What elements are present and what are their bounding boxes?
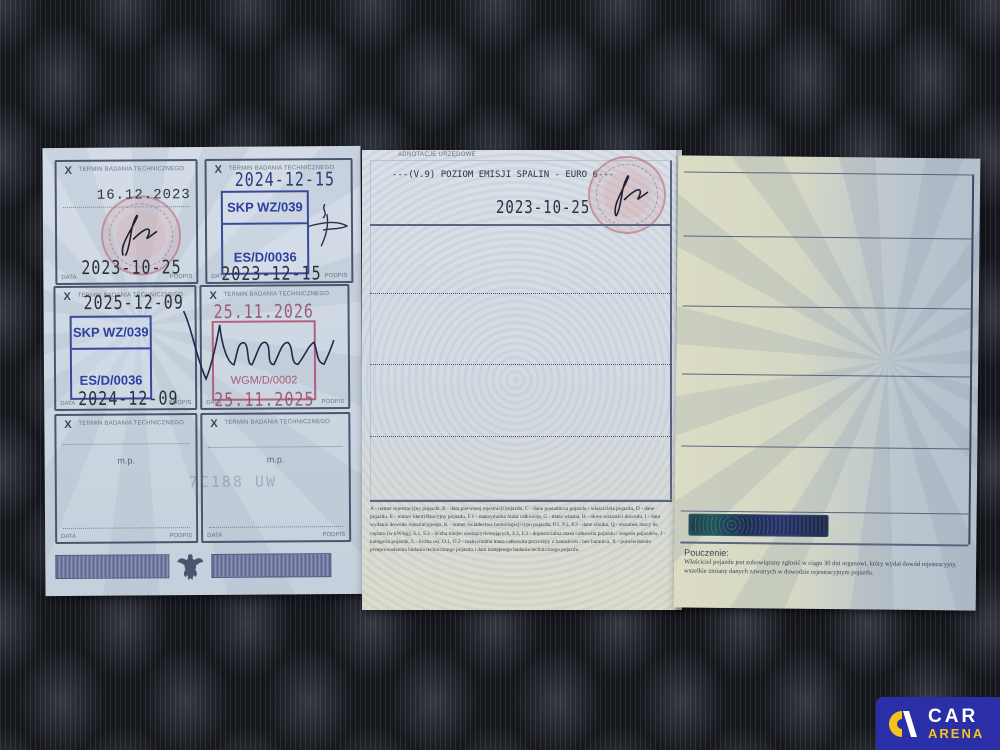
logo-text-line1: CAR bbox=[928, 707, 984, 726]
signature-label: PODPIS bbox=[322, 399, 345, 405]
station-code: SKP WZ/039 bbox=[223, 199, 307, 215]
security-band-left bbox=[55, 554, 169, 579]
date-label: DATA bbox=[60, 401, 75, 407]
signature-label: PODPIS bbox=[325, 273, 348, 279]
box-line bbox=[209, 446, 343, 448]
polish-eagle-icon bbox=[175, 551, 205, 583]
stamp-divider bbox=[72, 347, 150, 350]
stamp-date: 2024-12-09 bbox=[78, 387, 178, 410]
inspection-box-3: X TERMIN BADANIA TECHNICZNEGO 2025-12-09… bbox=[53, 285, 197, 411]
notice-text: Właściciel pojazdu jest zobowiązany zgło… bbox=[684, 559, 964, 579]
security-band-right bbox=[211, 553, 331, 578]
stamp-date: 2023-10-25 bbox=[81, 256, 181, 279]
date-label: DATA bbox=[207, 533, 222, 539]
box-heading: TERMIN BADANIA TECHNICZNEGO bbox=[223, 291, 329, 298]
official-notes-page: ADNOTACJE URZĘDOWE ---(V.9) POZIOM EMISJ… bbox=[362, 150, 682, 610]
box-line bbox=[63, 527, 190, 529]
right-frame bbox=[680, 171, 974, 544]
note-line bbox=[370, 224, 672, 226]
box-mark: X bbox=[63, 291, 70, 303]
date-label: DATA bbox=[61, 275, 76, 281]
inspection-box-6: X TERMIN BADANIA TECHNICZNEGO m.p. 7C188… bbox=[200, 412, 351, 543]
box-mark: X bbox=[215, 164, 222, 176]
inspection-box-2: X TERMIN BADANIA TECHNICZNEGO 2024-12-15… bbox=[205, 158, 354, 284]
notice-page: Pouczenie: Właściciel pojazdu jest zobow… bbox=[674, 155, 981, 610]
stamp-divider bbox=[223, 222, 307, 225]
car-arena-logo-icon bbox=[888, 709, 918, 739]
stamp-date: 25.11.2025 bbox=[214, 388, 314, 411]
inspection-page: X TERMIN BADANIA TECHNICZNEGO 16.12.2023… bbox=[42, 146, 363, 596]
box-mark: X bbox=[210, 418, 217, 430]
notice-title: Pouczenie: bbox=[684, 548, 729, 558]
next-inspection-date: 2024-12-15 bbox=[235, 168, 335, 191]
box-mark: X bbox=[65, 165, 72, 177]
signature-icon bbox=[303, 200, 351, 250]
inspection-box-1: X TERMIN BADANIA TECHNICZNEGO 16.12.2023… bbox=[55, 159, 199, 285]
examiner-code: ES/D/0036 bbox=[72, 372, 150, 388]
signature-label: PODPIS bbox=[322, 532, 345, 538]
mp-label: m.p. bbox=[203, 454, 349, 465]
signature-icon bbox=[115, 209, 165, 259]
inspection-box-4: X TERMIN BADANIA TECHNICZNEGO 25.11.2026… bbox=[199, 284, 350, 410]
date-label: DATA bbox=[61, 534, 76, 540]
box-heading: TERMIN BADANIA TECHNICZNEGO bbox=[78, 420, 184, 427]
signature-label: PODPIS bbox=[169, 400, 192, 406]
stamp-date: 2023-12-15 bbox=[221, 262, 321, 285]
next-inspection-date: 16.12.2023 bbox=[97, 187, 191, 204]
box-line bbox=[63, 443, 190, 445]
car-arena-logo: CAR ARENA bbox=[876, 697, 1000, 750]
box-line bbox=[209, 526, 343, 528]
mp-label: m.p. bbox=[57, 455, 196, 466]
ghost-imprint: 7C188 UW bbox=[189, 472, 277, 491]
signature-icon bbox=[178, 306, 349, 387]
section-label: ADNOTACJE URZĘDOWE bbox=[398, 152, 476, 158]
station-code: SKP WZ/039 bbox=[72, 324, 150, 340]
signature-label: PODPIS bbox=[170, 274, 193, 280]
note-line bbox=[370, 500, 672, 502]
inspection-box-5: X TERMIN BADANIA TECHNICZNEGO m.p. DATA … bbox=[54, 413, 198, 544]
note-line bbox=[370, 293, 672, 294]
hologram-strip bbox=[688, 514, 828, 537]
emission-standard-note: ---(V.9) POZIOM EMISJI SPALIN - EURO 6--… bbox=[392, 170, 614, 180]
logo-text-line2: ARENA bbox=[928, 727, 984, 740]
field-legend: A - numer rejestracyjny pojazdu, B - dat… bbox=[370, 505, 670, 554]
note-date: 2023-10-25 bbox=[496, 198, 590, 218]
note-line bbox=[370, 436, 672, 437]
date-label: DATA bbox=[206, 400, 221, 406]
box-heading: TERMIN BADANIA TECHNICZNEGO bbox=[224, 419, 330, 426]
note-line bbox=[370, 364, 672, 365]
box-mark: X bbox=[64, 419, 71, 431]
next-inspection-date: 2025-12-09 bbox=[83, 291, 183, 314]
signature-icon bbox=[606, 170, 656, 220]
box-heading: TERMIN BADANIA TECHNICZNEGO bbox=[79, 166, 185, 173]
signature-label: PODPIS bbox=[169, 533, 192, 539]
date-label: DATA bbox=[211, 274, 226, 280]
